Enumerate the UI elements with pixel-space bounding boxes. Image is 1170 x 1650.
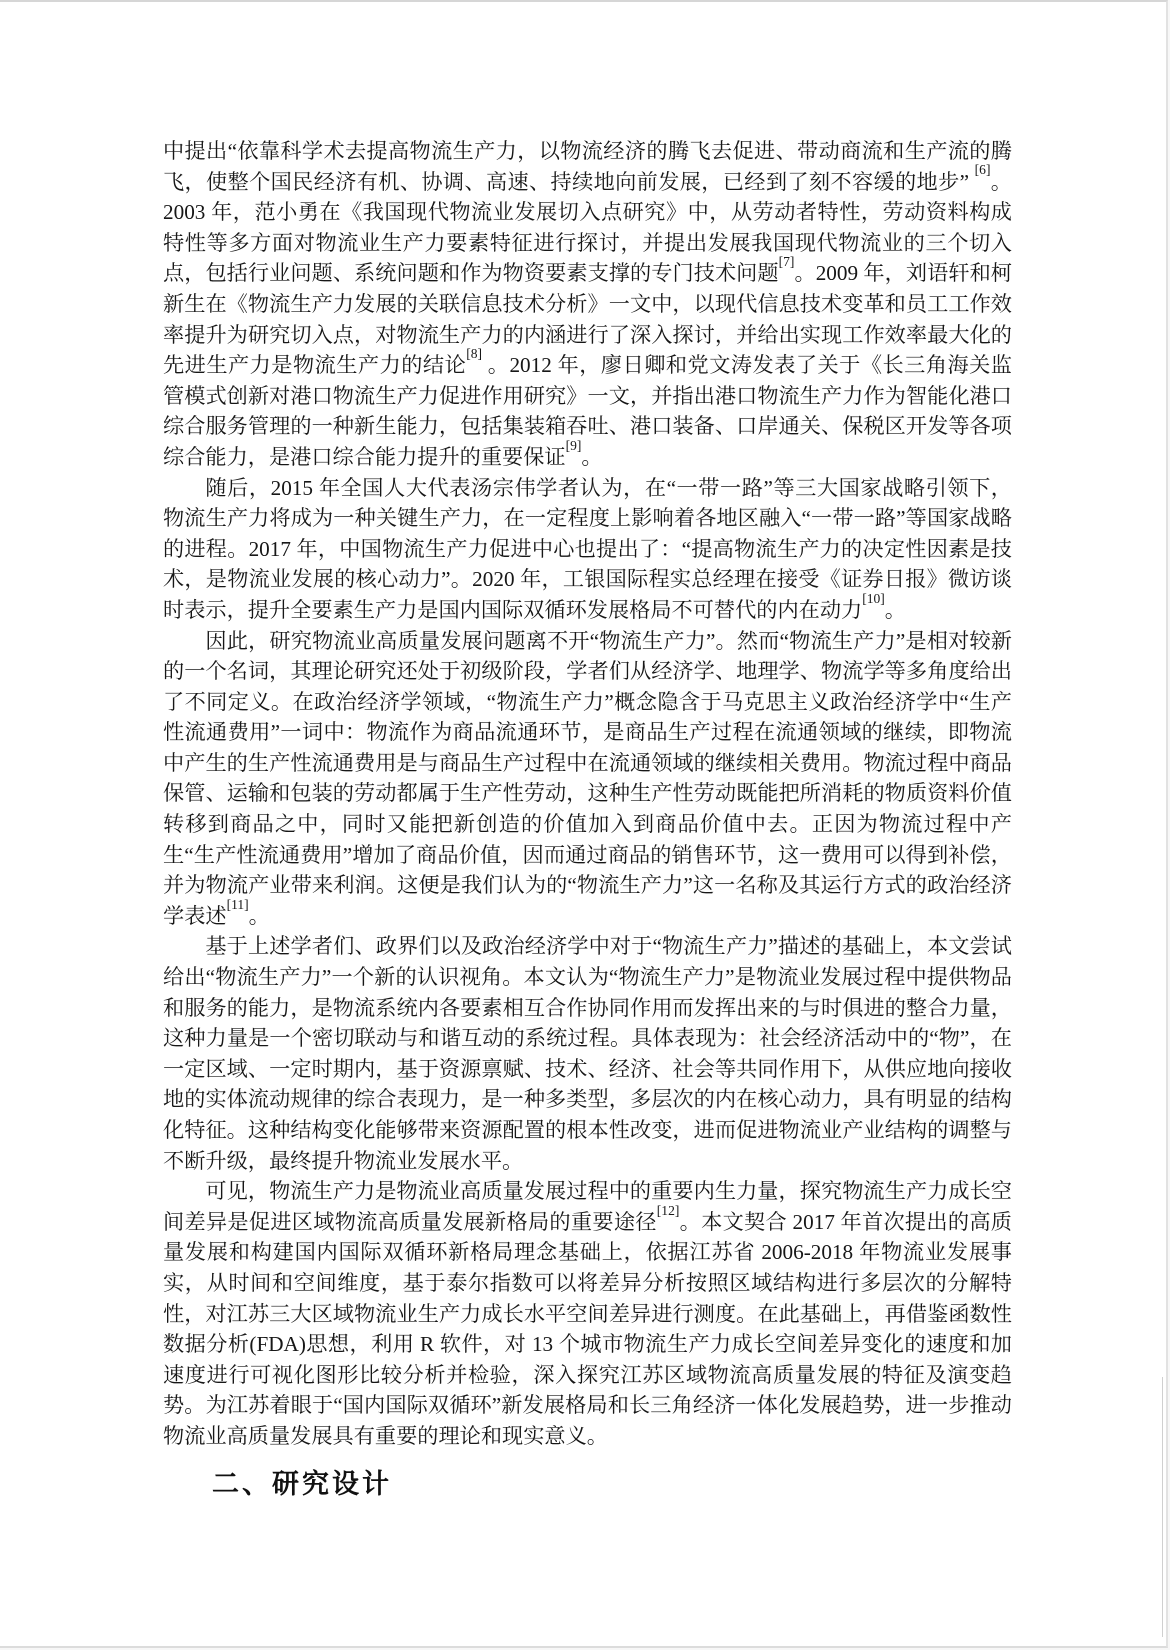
paragraph: 基于上述学者们、政界们以及政治经济学中对于“物流生产力”描述的基础上，本文尝试给… — [163, 931, 1012, 1176]
paragraph: 随后，2015 年全国人大代表汤宗伟学者认为，在“一带一路”等三大国家战略引领下… — [163, 473, 1012, 626]
paragraph: 可见，物流生产力是物流业高质量发展过程中的重要内生力量，探究物流生产力成长空间差… — [163, 1176, 1012, 1451]
citation-ref: [9] — [566, 438, 582, 453]
paragraph: 因此，研究物流业高质量发展问题离不开“物流生产力”。然而“物流生产力”是相对较新… — [163, 626, 1012, 932]
citation-ref: [10] — [862, 591, 885, 606]
body-text: 中提出“依靠科学术去提高物流生产力，以物流经济的腾飞去促进、带动商流和生产流的腾… — [163, 136, 1012, 1452]
citation-ref: [8] — [466, 346, 482, 361]
document-page: 中提出“依靠科学术去提高物流生产力，以物流经济的腾飞去促进、带动商流和生产流的腾… — [0, 0, 1168, 1648]
citation-ref: [6] — [975, 162, 991, 177]
scan-edge-artifact — [1162, 1377, 1163, 1637]
citation-ref: [11] — [227, 897, 249, 912]
section-heading: 二、研究设计 — [163, 1469, 1012, 1499]
citation-ref: [12] — [657, 1203, 680, 1218]
citation-ref: [7] — [779, 254, 795, 269]
paragraph: 中提出“依靠科学术去提高物流生产力，以物流经济的腾飞去促进、带动商流和生产流的腾… — [163, 136, 1012, 473]
page-content: 中提出“依靠科学术去提高物流生产力，以物流经济的腾飞去促进、带动商流和生产流的腾… — [163, 136, 1012, 1499]
